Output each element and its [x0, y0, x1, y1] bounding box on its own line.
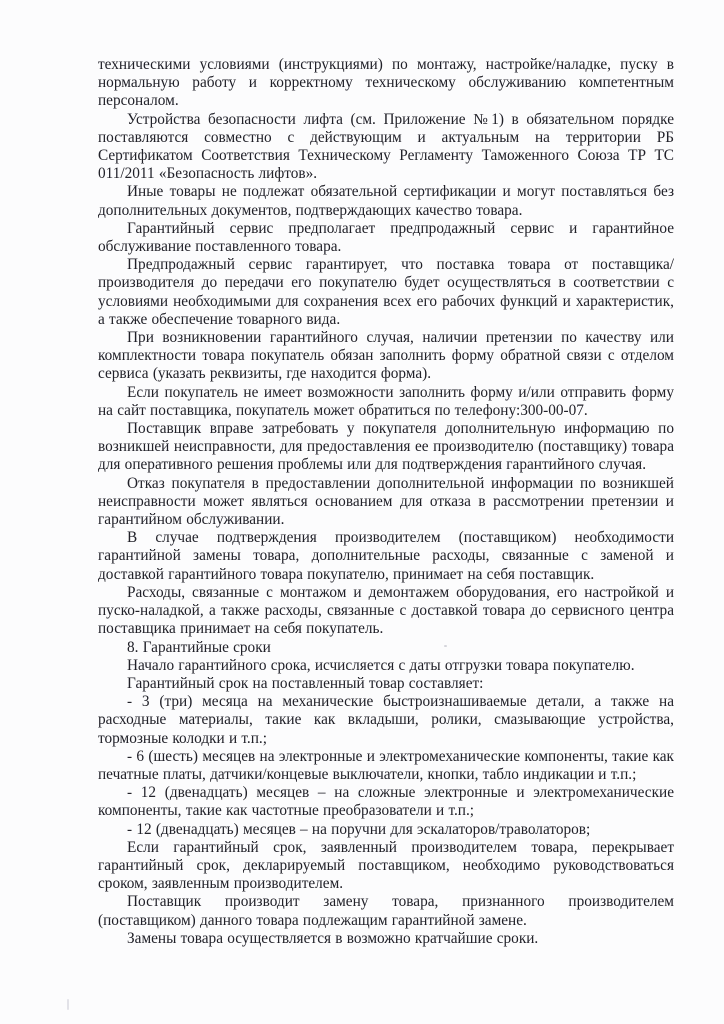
scan-artifact	[67, 999, 69, 1010]
paragraph-replacement-costs-supplier: В случае подтверждения производителем (п…	[98, 529, 674, 584]
paragraph-other-goods: Иные товары не подлежат обязательной сер…	[98, 183, 674, 219]
list-item-12-months-handrails: - 12 (двенадцать) месяцев – на поручни д…	[98, 821, 674, 839]
paragraph-replacement-by-supplier: Поставщик производит замену товара, приз…	[98, 893, 674, 929]
document-body: техническими условиями (инструкциями) по…	[98, 56, 674, 948]
paragraph-phone-contact: Если покупатель не имеет возможности зап…	[98, 384, 674, 420]
list-item-6-months: - 6 (шесть) месяцев на электронные и эле…	[98, 748, 674, 784]
list-item-12-months-components: - 12 (двенадцать) месяцев – на сложные э…	[98, 784, 674, 820]
paragraph-warranty-service: Гарантийный сервис предполагает предпрод…	[98, 220, 674, 256]
section-8-heading: 8. Гарантийные сроки	[98, 639, 674, 657]
list-item-3-months: - 3 (три) месяца на механические быстрои…	[98, 693, 674, 748]
scan-artifact	[444, 645, 447, 647]
paragraph-replacement-timing: Замены товара осуществляется в возможно …	[98, 930, 674, 948]
paragraph-warranty-term-intro: Гарантийный срок на поставленный товар с…	[98, 675, 674, 693]
paragraph-continuation: техническими условиями (инструкциями) по…	[98, 56, 674, 111]
paragraph-refusal-info: Отказ покупателя в предоставлении дополн…	[98, 475, 674, 530]
paragraph-costs-buyer: Расходы, связанные с монтажом и демонтаж…	[98, 584, 674, 639]
paragraph-warranty-start: Начало гарантийного срока, исчисляется с…	[98, 657, 674, 675]
paragraph-safety-devices: Устройства безопасности лифта (см. Прило…	[98, 111, 674, 184]
paragraph-presale-service: Предпродажный сервис гарантирует, что по…	[98, 256, 674, 329]
paragraph-warranty-claim: При возникновении гарантийного случая, н…	[98, 329, 674, 384]
paragraph-manufacturer-term-priority: Если гарантийный срок, заявленный произв…	[98, 839, 674, 894]
paragraph-supplier-request-info: Поставщик вправе затребовать у покупател…	[98, 420, 674, 475]
document-page: техническими условиями (инструкциями) по…	[0, 0, 724, 1024]
